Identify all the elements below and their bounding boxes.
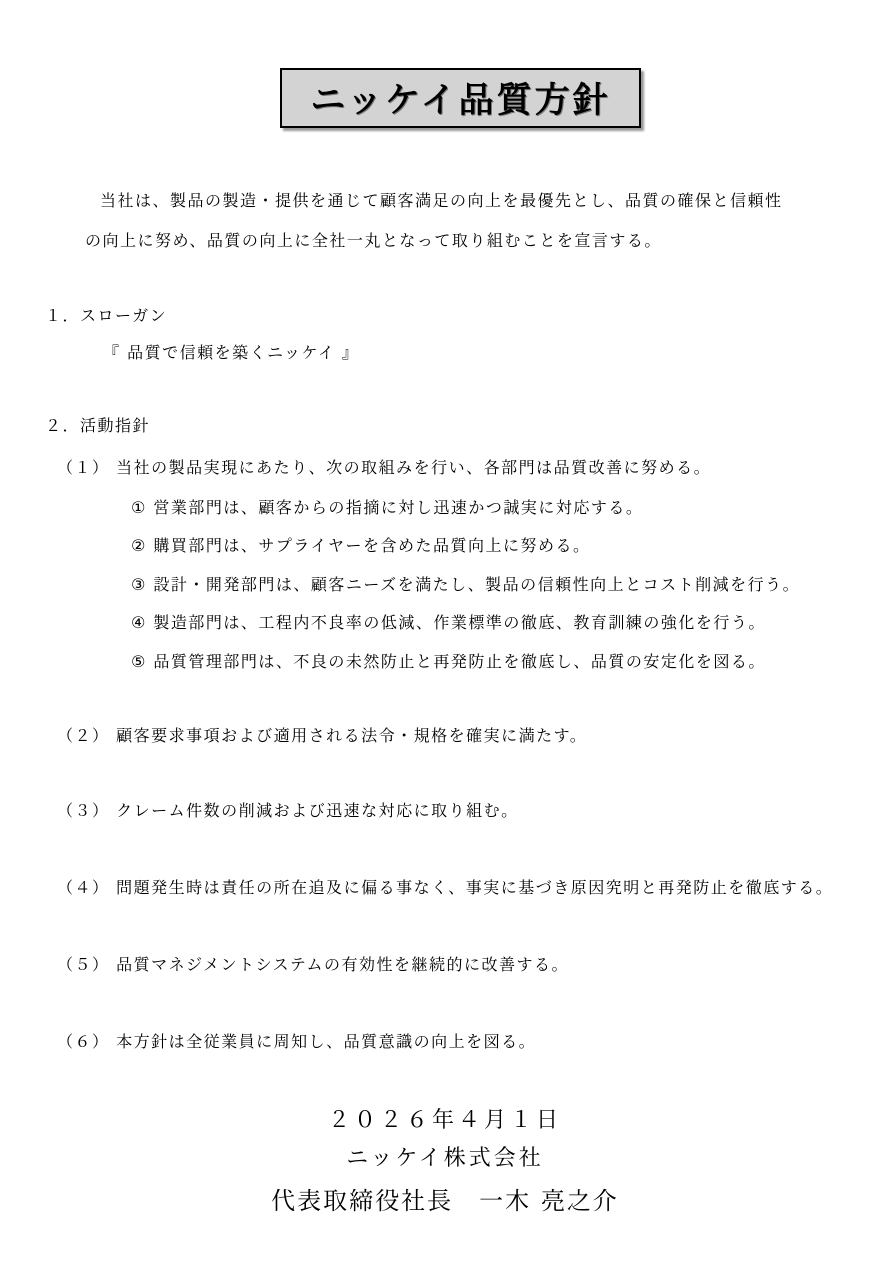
- department-item-manufacturing: ④ 製造部門は、工程内不良率の低減、作業標準の徹底、教育訓練の強化を行う。: [131, 610, 766, 633]
- slogan-text: 『 品質で信頼を築くニッケイ 』: [103, 340, 359, 363]
- section-1-heading: １．スローガン: [45, 303, 167, 326]
- company-name: ニッケイ株式会社: [0, 1141, 870, 1172]
- policy-item-6: （６） 本方針は全従業員に周知し、品質意識の向上を図る。: [57, 1029, 536, 1052]
- policy-item-3: （３） クレーム件数の削減および迅速な対応に取り組む。: [57, 798, 519, 821]
- department-item-quality-control: ⑤ 品質管理部門は、不良の未然防止と再発防止を徹底し、品質の安定化を図る。: [131, 649, 766, 672]
- policy-item-2: （２） 顧客要求事項および適用される法令・規格を確実に満たす。: [57, 723, 587, 746]
- intro-paragraph-line-1: 当社は、製品の製造・提供を通じて顧客満足の向上を最優先とし、品質の確保と信頼性: [100, 188, 783, 211]
- president-signature: 代表取締役社長 一木 亮之介: [0, 1181, 870, 1216]
- quality-policy-document: ニッケイ品質方針 当社は、製品の製造・提供を通じて顧客満足の向上を最優先とし、品…: [0, 0, 870, 1270]
- department-item-design-development: ③ 設計・開発部門は、顧客ニーズを満たし、製品の信頼性向上とコスト削減を行う。: [131, 572, 800, 595]
- effective-date: ２０２６年４月１日: [0, 1103, 870, 1134]
- intro-paragraph-line-2: の向上に努め、品質の向上に全社一丸となって取り組むことを宣言する。: [85, 228, 662, 251]
- policy-item-4: （４） 問題発生時は責任の所在追及に偏る事なく、事実に基づき原因究明と再発防止を…: [57, 875, 833, 898]
- department-item-sales: ① 営業部門は、顧客からの指摘に対し迅速かつ誠実に対応する。: [131, 495, 643, 518]
- section-2-heading: ２．活動指針: [45, 413, 150, 436]
- department-item-purchasing: ② 購買部門は、サプライヤーを含めた品質向上に努める。: [131, 533, 590, 556]
- policy-item-5: （５） 品質マネジメントシステムの有効性を継続的に改善する。: [57, 952, 569, 975]
- policy-item-1: （１） 当社の製品実現にあたり、次の取組みを行い、各部門は品質改善に努める。: [57, 455, 711, 478]
- document-title: ニッケイ品質方針: [310, 73, 610, 123]
- document-title-box: ニッケイ品質方針: [280, 68, 641, 128]
